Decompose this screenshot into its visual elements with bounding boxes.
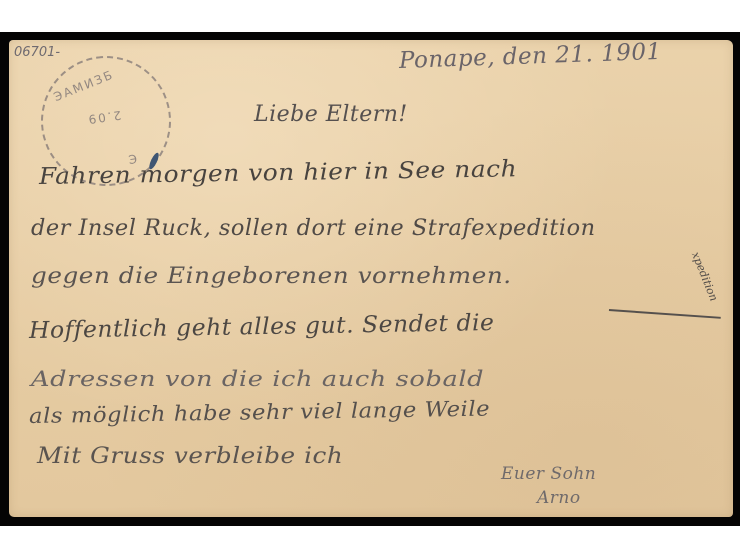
flourish-stroke bbox=[609, 309, 721, 318]
letter-line-5: Adressen von die ich auch sobald bbox=[31, 367, 484, 391]
postmark-date: 2.09 bbox=[86, 108, 122, 127]
signature: Arno bbox=[537, 488, 581, 508]
place-date: Ponape, den 21. 1901 bbox=[399, 40, 663, 74]
letter-line-7: Mit Gruss verbleibe ich bbox=[37, 444, 343, 469]
margin-continuation: xpedition bbox=[689, 250, 721, 303]
archive-number: 06701- bbox=[14, 45, 60, 60]
letter-line-4: Hoffentlich geht alles gut. Sendet die bbox=[29, 310, 495, 344]
salutation: Liebe Eltern! bbox=[254, 102, 408, 127]
letter-line-6: als möglich habe sehr viel lange Weile bbox=[29, 397, 491, 428]
letter-line-3: gegen die Eingeborenen vornehmen. bbox=[31, 264, 512, 289]
page: 06701- ЭАМИЗБ 2.09 Э Ponape, den 21. 190… bbox=[0, 0, 740, 557]
closing: Euer Sohn bbox=[501, 464, 596, 484]
letter-line-2: der Insel Ruck, sollen dort eine Strafex… bbox=[31, 216, 596, 241]
postcard: 06701- ЭАМИЗБ 2.09 Э Ponape, den 21. 190… bbox=[9, 40, 733, 517]
postmark-top-text: ЭАМИЗБ bbox=[52, 67, 116, 104]
